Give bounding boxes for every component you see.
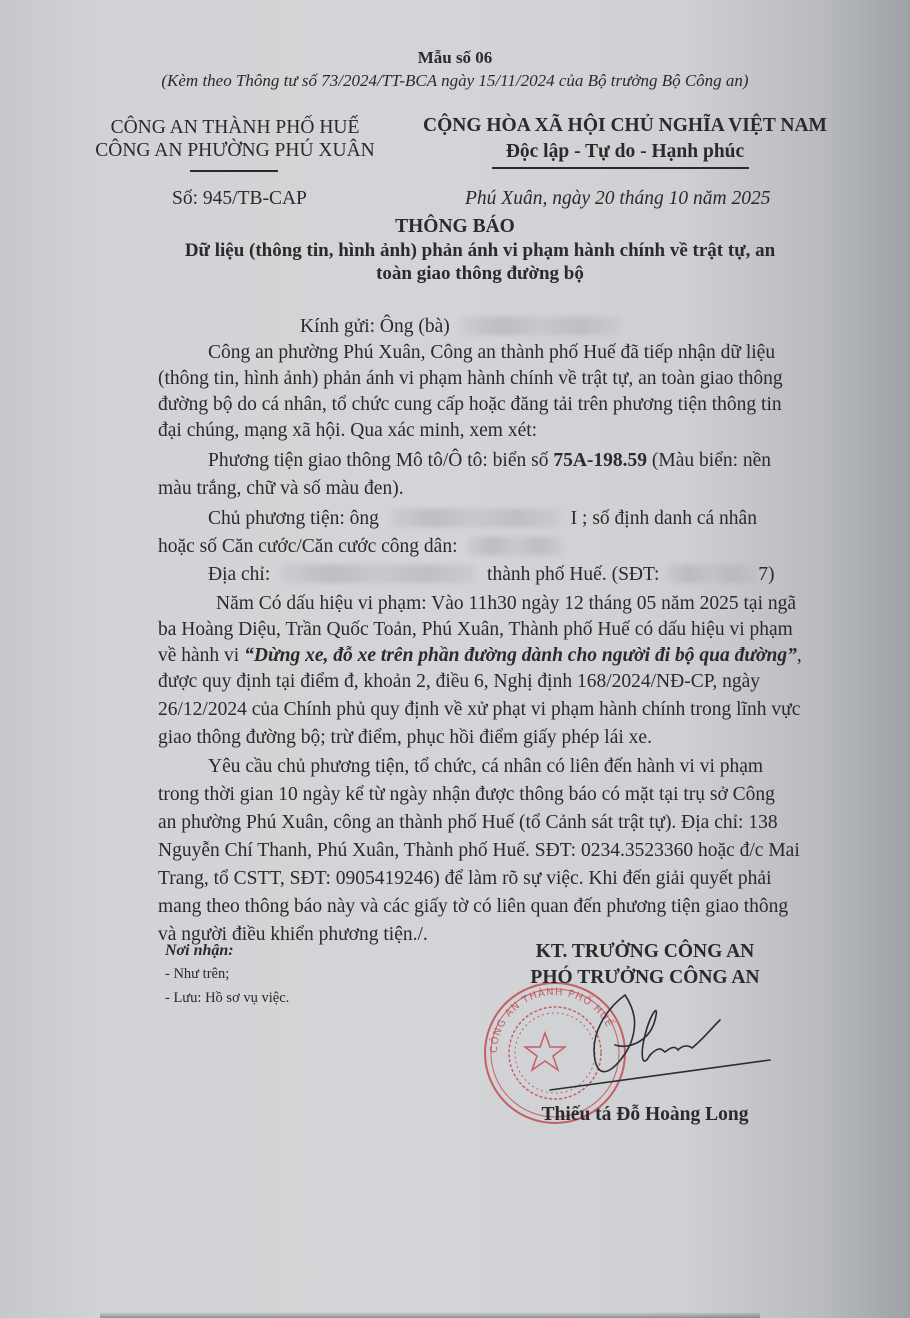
document-number: Số: 945/TB-CAP: [172, 188, 307, 210]
owner-line: Chủ phương tiện: ông I ; số định danh cá…: [208, 503, 757, 534]
vehicle-line: Phương tiện giao thông Mô tô/Ô tô: biển …: [208, 445, 771, 476]
owner-id-label: I ; số định danh cá nhân: [571, 508, 757, 529]
address-line: Địa chỉ: thành phố Huế. (SĐT: 7): [208, 559, 775, 590]
id-label: hoặc số Căn cước/Căn cước công dân:: [158, 536, 458, 557]
request-line3: an phường Phú Xuân, công an thành phố Hu…: [158, 807, 778, 838]
handwritten-signature-icon: [520, 990, 780, 1100]
country-name: CỘNG HÒA XÃ HỘI CHỦ NGHĨA VIỆT NAM: [415, 115, 835, 137]
agency-parent: CÔNG AN THÀNH PHỐ HUẾ: [85, 117, 385, 139]
violation-line5: 26/12/2024 của Chính phủ quy định về xử …: [158, 694, 800, 725]
agency-underline: [190, 170, 278, 172]
form-reference: (Kèm theo Thông tư số 73/2024/TT-BCA ngà…: [0, 71, 910, 91]
behavior-label: về hành vi: [158, 645, 244, 666]
form-number: Mẫu số 06: [0, 48, 910, 68]
redacted-address: [281, 565, 476, 583]
request-line1: Yêu cầu chủ phương tiện, tổ chức, cá nhâ…: [208, 751, 763, 782]
request-line4: Nguyễn Chí Thanh, Phú Xuân, Thành phố Hu…: [158, 835, 800, 866]
signature-title-line1: KT. TRƯỞNG CÔNG AN: [505, 941, 785, 963]
address-city: thành phố Huế. (SĐT:: [487, 564, 659, 585]
recipients-label: Nơi nhận:: [165, 942, 234, 960]
address-label: Địa chỉ:: [208, 564, 270, 585]
agency-name: CÔNG AN PHƯỜNG PHÚ XUÂN: [85, 140, 385, 162]
signer-name: Thiếu tá Đỗ Hoàng Long: [505, 1104, 785, 1126]
plate-color-line: màu trắng, chữ và số màu đen).: [158, 473, 404, 504]
violation-behavior: “Dừng xe, đỗ xe trên phần đường dành cho…: [244, 645, 797, 666]
redacted-phone: [666, 565, 756, 583]
violation-line4: được quy định tại điểm đ, khoản 2, điều …: [158, 666, 760, 697]
document-title: THÔNG BÁO: [0, 216, 910, 238]
national-motto: Độc lập - Tự do - Hạnh phúc: [415, 141, 835, 163]
punctuation: ,: [797, 645, 802, 666]
redacted-recipient-name: [461, 317, 621, 335]
request-line6: mang theo thông báo này và các giấy tờ c…: [158, 891, 788, 922]
owner-label: Chủ phương tiện: ông: [208, 508, 379, 529]
document-subtitle-line1: Dữ liệu (thông tin, hình ảnh) phản ánh v…: [150, 240, 810, 262]
paragraph-intro-line4: đại chúng, mạng xã hội. Qua xác minh, xe…: [158, 415, 537, 446]
vehicle-label: Phương tiện giao thông Mô tô/Ô tô: biển …: [208, 450, 553, 471]
motto-underline: [492, 167, 749, 169]
redacted-owner-name: [390, 509, 560, 527]
salutation-label: Kính gửi: Ông (bà): [300, 316, 450, 337]
document-page: Mẫu số 06 (Kèm theo Thông tư số 73/2024/…: [0, 0, 910, 1318]
request-line2: trong thời gian 10 ngày kể từ ngày nhận …: [158, 779, 775, 810]
redacted-id-number: [468, 537, 563, 555]
recipient-item: - Như trên;: [165, 966, 229, 983]
document-subtitle-line2: toàn giao thông đường bộ: [150, 263, 810, 285]
page-edge-shadow: [100, 1312, 760, 1318]
violation-line6: giao thông đường bộ; trừ điểm, phục hồi …: [158, 722, 652, 753]
signature-title-line2: PHÓ TRƯỞNG CÔNG AN: [505, 967, 785, 989]
place-date: Phú Xuân, ngày 20 tháng 10 năm 2025: [465, 188, 770, 210]
license-plate: 75A-198.59: [553, 450, 647, 471]
id-line: hoặc số Căn cước/Căn cước công dân:: [158, 531, 563, 562]
phone-tail: 7): [758, 564, 774, 585]
recipient-item: - Lưu: Hồ sơ vụ việc.: [165, 990, 289, 1007]
request-line5: Trang, tổ CSTT, SĐT: 0905419246) để làm …: [158, 863, 772, 894]
plate-color-label: (Màu biển: nền: [647, 450, 771, 471]
